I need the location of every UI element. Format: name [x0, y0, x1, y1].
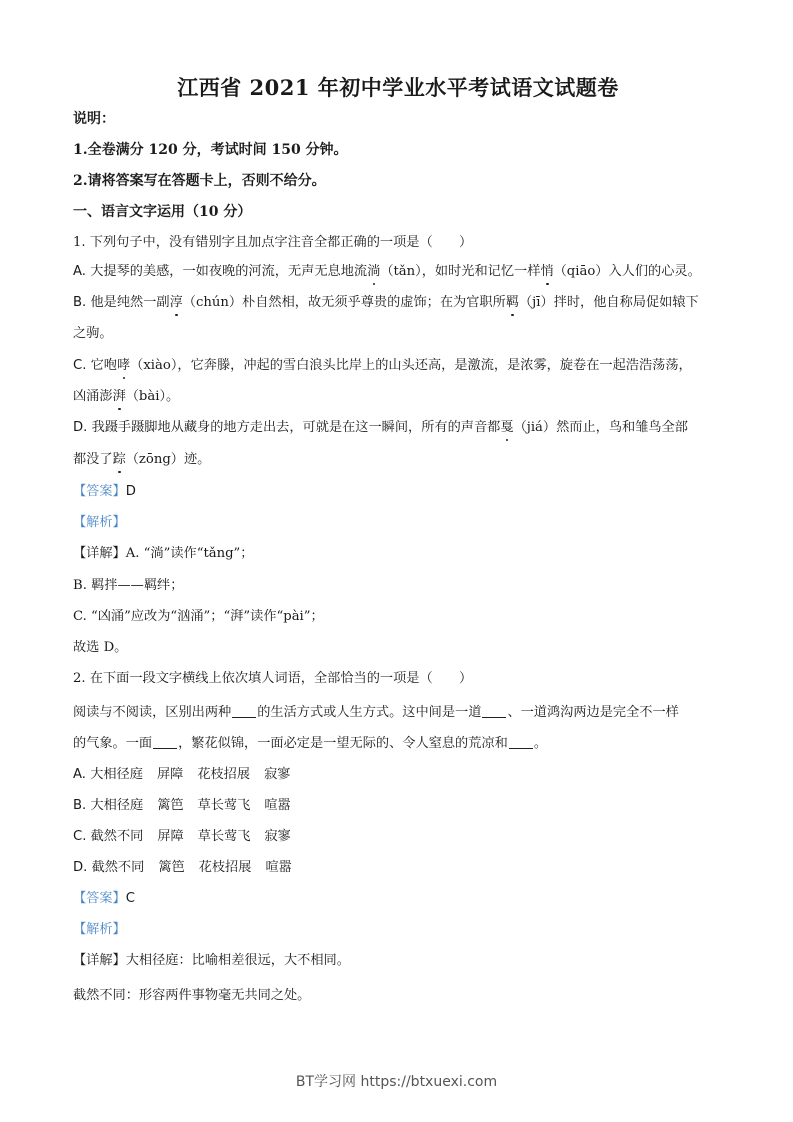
emphasis-char: 湃 [113, 388, 126, 406]
q1-detail-2: B. 羁拌——羁绊； [73, 577, 183, 595]
answer-tag: 【答案】 [73, 891, 126, 906]
emphasis-char: 悄 [540, 263, 553, 281]
emphasis-char: 淌 [367, 263, 380, 281]
q2-stem: 2. 在下面一段文字横线上依次填人词语，全部恰当的一项是（ ） [73, 670, 472, 688]
fill-blank [482, 703, 506, 718]
q1-detail-3: C. “凶涌”应改为“汹涌”；“湃”读作“pài”； [73, 608, 324, 626]
q2-option-c: C. 截然不同屏障草长莺飞寂寥 [73, 828, 291, 846]
q1-option-a: A. 大提琴的美感，一如夜晚的河流，无声无息地流淌（tǎn），如时光和记忆一样悄… [73, 263, 701, 281]
q1-stem: 1. 下列句子中，没有错别字且加点字注音全都正确的一项是（ ） [73, 234, 472, 252]
emphasis-char: 羁 [506, 294, 519, 312]
q1-option-c: C. 它咆哮（xiào），它奔滕，冲起的雪白浪头比岸上的山头还高，是激流，是浓雾… [73, 357, 692, 375]
q1-option-d-cont: 都没了踪（zōng）迹。 [73, 451, 210, 469]
fill-blank [153, 734, 177, 749]
answer-tag: 【答案】 [73, 484, 126, 499]
emphasis-char: 哮 [117, 357, 130, 375]
q2-answer: 【答案】C [73, 890, 135, 908]
answer-value: D [126, 484, 136, 499]
fill-blank [232, 703, 256, 718]
q2-passage-line-1: 阅读与不阅读，区别出两种的生活方式或人生方式。这中间是一道、一道鸿沟两边是完全不… [73, 703, 679, 722]
q2-option-a: A. 大相径庭屏障花枝招展寂寥 [73, 766, 290, 784]
q1-answer: 【答案】D [73, 483, 136, 501]
q2-option-d: D. 截然不同篱笆花枝招展喧嚣 [73, 859, 292, 877]
q1-option-d: D. 我蹑手蹑脚地从藏身的地方走出去，可就是在这一瞬间，所有的声音都戛（jiá）… [73, 419, 688, 437]
q2-option-b: B. 大相径庭篱笆草长莺飞喧嚣 [73, 797, 291, 815]
q2-analysis-tag: 【解析】 [73, 921, 126, 939]
q2-detail-1: 【详解】大相径庭：比喻相差很远，大不相同。 [73, 952, 350, 970]
q1-detail-1: 【详解】A. “淌”读作“tǎng”； [73, 545, 253, 563]
emphasis-char: 戛 [500, 419, 513, 437]
q2-detail-2: 截然不同：形容两件事物毫无共同之处。 [73, 987, 310, 1005]
emphasis-char: 踪 [113, 451, 126, 469]
instruction-item-1: 1.全卷满分 120 分，考试时间 150 分钟。 [73, 141, 348, 159]
document-title: 江西省 2021 年初中学业水平考试语文试题卷 [73, 72, 723, 102]
instruction-item-2: 2.请将答案写在答题卡上，否则不给分。 [73, 172, 326, 190]
section-heading: 一、语言文字运用（10 分） [73, 203, 251, 221]
fill-blank [509, 734, 533, 749]
q1-option-b: B. 他是纯然一副淳（chún）朴自然相，故无须乎尊贵的虚饰；在为官职所羁（jī… [73, 294, 699, 312]
emphasis-char: 淳 [170, 294, 183, 312]
q2-passage-line-2: 的气象。一面，繁花似锦，一面必定是一望无际的、令人窒息的荒凉和。 [73, 734, 547, 753]
instructions-heading: 说明： [73, 110, 115, 128]
footer-watermark: BT学习网 https://btxuexi.com [0, 1071, 793, 1091]
q1-option-c-cont: 凶涌澎湃（bài）。 [73, 388, 179, 406]
q1-analysis-tag: 【解析】 [73, 514, 126, 532]
q1-option-b-cont: 之驹。 [73, 325, 113, 343]
answer-value: C [126, 891, 135, 906]
q1-detail-4: 故选 D。 [73, 639, 127, 657]
